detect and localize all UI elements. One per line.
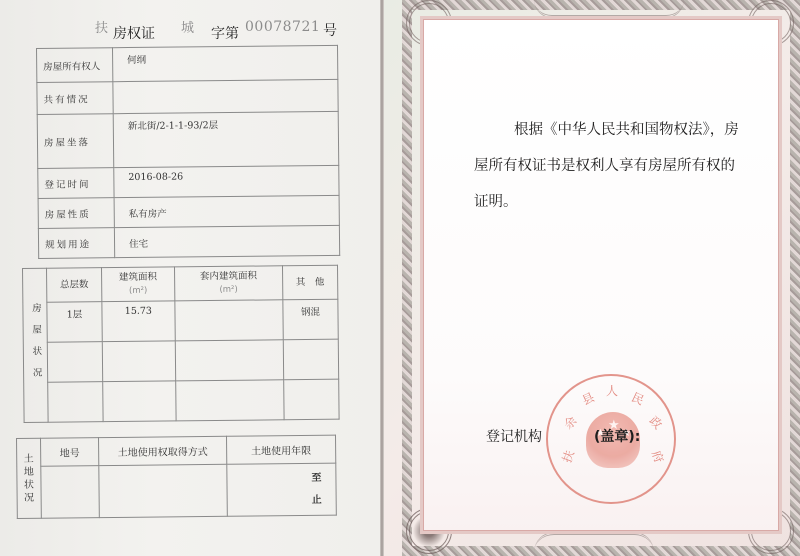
land-status-table: 土地状况 地号 土地使用权取得方式 土地使用年限 至 止 [16,435,337,519]
certificate-number: 00078721 [245,19,320,35]
left-page: 扶 房权证 城 字第 00078721 号 房屋所有权人 何纲 共有情况 房屋坐… [0,0,382,556]
word-no-label: 字第 [211,23,239,43]
property-nature-label: 房屋性质 [38,198,114,229]
empty-cell [284,379,339,420]
column-header: 总层数 [47,268,102,303]
header-prefix: 扶 [95,17,108,36]
co-ownership-label: 共有情况 [37,82,113,115]
house-status-table: 房屋状况 总层数 建筑面积(m²) 套内建筑面积(m²) 其 他 1层 15.7… [22,265,340,423]
empty-cell [102,341,175,382]
seal-char: 余 [560,412,581,433]
cert-type-label: 房权证 [113,23,155,43]
building-area-value: 15.73 [102,301,175,342]
registrar-label: 登记机构 [486,426,542,446]
empty-cell [175,380,284,421]
column-header: 其 他 [282,265,337,300]
col-land-acquisition: 土地使用权取得方式 [99,436,227,465]
seal-char: 县 [579,388,597,408]
ownership-table: 房屋所有权人 何纲 共有情况 房屋坐落 新北街/2-1-1-93/2层 登记时间… [36,45,340,259]
table-header-row: 房屋状况 总层数 建筑面积(m²) 套内建筑面积(m²) 其 他 [23,265,338,302]
planned-use-label: 规划用途 [38,228,114,259]
statement-line-3: 证明。 [474,184,746,220]
location-value: 新北街/2-1-1-93/2层 [113,111,339,167]
owner-value: 何纲 [113,45,338,81]
table-row: 1层 15.73 钢混 [23,299,338,342]
table-header-row: 土地状况 地号 土地使用权取得方式 土地使用年限 [17,435,336,466]
statement-line-2: 屋所有权证书是权利人享有房屋所有权的 [474,148,746,184]
column-header: 建筑面积(m²) [102,267,175,302]
header-city: 城 [181,17,194,36]
col-building-area: 建筑面积 [119,272,157,283]
statement-line-1: 根据《中华人民共和国物权法》，房 [514,122,739,138]
term-end-char: 止 [312,494,322,505]
table-row: 房屋性质 私有房产 [38,195,339,228]
table-row: 共有情况 [37,79,338,114]
other-value: 钢混 [283,299,338,340]
table-row: 房屋坐落 新北街/2-1-1-93/2层 [37,111,339,168]
table-row [24,379,339,422]
seal-char: 扶 [558,448,578,465]
lot-number-value [41,466,100,519]
empty-cell [47,342,102,383]
owner-label: 房屋所有权人 [37,48,113,83]
legal-statement: 根据《中华人民共和国物权法》，房 屋所有权证书是权利人享有房屋所有权的 证明。 [484,112,746,220]
empty-cell [103,381,176,422]
land-term-value: 至 止 [227,463,337,516]
property-nature-value: 私有房产 [114,195,339,227]
seal-char: 政 [646,412,667,433]
empty-cell [283,339,338,380]
empty-cell [48,382,103,423]
land-acquisition-value [99,464,228,517]
land-status-side-label: 土地状况 [17,438,42,518]
table-row [23,339,338,382]
col-lot-number: 地号 [41,438,99,467]
register-date-label: 登记时间 [38,168,114,199]
total-floors-value: 1层 [47,302,102,343]
seal-char: 府 [648,448,668,465]
planned-use-value: 住宅 [114,225,339,257]
co-ownership-value [113,79,338,113]
land-side-text: 土地状况 [23,452,36,504]
table-row: 房屋所有权人 何纲 [37,45,338,82]
register-date-value: 2016-08-26 [114,165,339,197]
table-row: 规划用途 住宅 [38,225,339,258]
col-total-floors: 总层数 [60,279,89,290]
number-suffix: 号 [323,20,337,40]
unit-label: (m²) [129,286,147,296]
column-header: 套内建筑面积(m²) [174,266,283,301]
seal-char: 人 [606,382,618,399]
term-until-char: 至 [311,472,321,483]
unit-label: (m²) [219,285,237,295]
location-label: 房屋坐落 [37,114,114,169]
right-page: 根据《中华人民共和国物权法》，房 屋所有权证书是权利人享有房屋所有权的 证明。 … [384,0,800,556]
table-row: 登记时间 2016-08-26 [38,165,339,198]
col-other: 其 他 [296,277,325,288]
inner-area-value [175,300,284,341]
seal-label: (盖章): [594,426,640,446]
certificate-header: 扶 房权证 城 字第 00078721 号 [95,17,355,47]
col-inner-area: 套内建筑面积 [200,271,257,283]
house-status-side-label: 房屋状况 [23,268,49,422]
col-land-term: 土地使用年限 [226,435,335,464]
seal-char: 民 [629,388,647,408]
bottom-ornament-icon [534,532,654,552]
table-row: 至 止 [17,463,337,518]
empty-cell [175,340,284,381]
